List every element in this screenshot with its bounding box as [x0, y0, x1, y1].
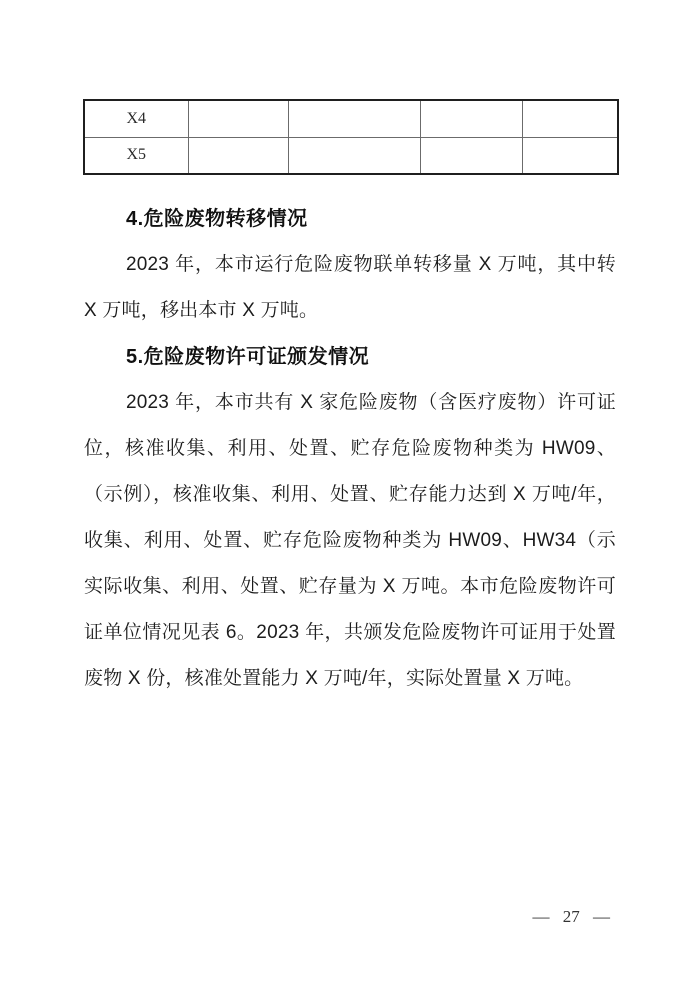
table-cell [288, 100, 420, 137]
table-cell [420, 137, 522, 174]
section5-paragraph-line: 废物 X 份，核准处置能力 X 万吨/年，实际处置量 X 万吨。 [84, 656, 616, 702]
table-row: X5 [84, 137, 618, 174]
section5-paragraph-line: 实际收集、利用、处置、贮存量为 X 万吨。本市危险废物许可证持 [84, 564, 616, 610]
data-table: X4 X5 [83, 99, 619, 175]
section4-paragraph-line: 2023 年，本市运行危险废物联单转移量 X 万吨，其中转入本市 [84, 242, 616, 288]
table-cell [188, 100, 288, 137]
table-cell [420, 100, 522, 137]
section5-paragraph-line: 收集、利用、处置、贮存危险废物种类为 HW09、HW34（示例）， [84, 518, 616, 564]
section4-paragraph-line: X 万吨，移出本市 X 万吨。 [84, 288, 616, 334]
section5-paragraph-line: 2023 年，本市共有 X 家危险废物（含医疗废物）许可证持证单 [84, 380, 616, 426]
section4-heading: 4.危险废物转移情况 [84, 196, 616, 242]
section5-paragraph-line: 证单位情况见表 6。2023 年，共颁发危险废物许可证用于处置医疗 [84, 610, 616, 656]
page-number: — 27 — [533, 907, 611, 927]
table-cell [288, 137, 420, 174]
table-row: X4 [84, 100, 618, 137]
section5-paragraph-line: 位，核准收集、利用、处置、贮存危险废物种类为 HW09、HW34 [84, 426, 616, 472]
section5-heading: 5.危险废物许可证颁发情况 [84, 334, 616, 380]
document-page: X4 X5 4.危险废物转移情况 2023 年，本市运行危险废物联单转移量 X … [0, 0, 700, 990]
table-cell [522, 137, 618, 174]
table-cell [188, 137, 288, 174]
section5-paragraph-line: （示例），核准收集、利用、处置、贮存能力达到 X 万吨/年，实际 [84, 472, 616, 518]
document-body: 4.危险废物转移情况 2023 年，本市运行危险废物联单转移量 X 万吨，其中转… [84, 196, 616, 702]
table-row-label: X5 [84, 137, 188, 174]
table-cell [522, 100, 618, 137]
table-row-label: X4 [84, 100, 188, 137]
